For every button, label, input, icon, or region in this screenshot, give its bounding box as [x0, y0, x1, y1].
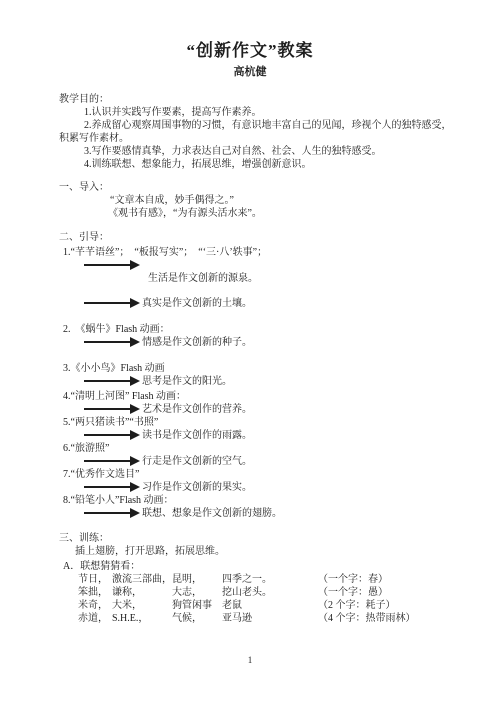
riddle-answer: （4 个字：热带雨林）: [318, 612, 500, 625]
riddle-cell: 亚马逊: [222, 612, 318, 625]
intro-quote: “文章本自成，妙手偶得之。”: [0, 194, 500, 207]
riddle-cell: 老鼠: [222, 599, 318, 612]
guide-heading: 二、引导：: [0, 231, 500, 244]
arrow-line: 习作是作文创新的果实。: [0, 481, 500, 494]
riddle-cell: 气候，: [172, 612, 222, 625]
objective-line: 3.写作要感情真挚，力求表达自己对自然、社会、人生的独特感受。: [0, 145, 500, 158]
riddle-row: 赤道， S.H.E.， 气候， 亚马逊 （4 个字：热带雨林）: [0, 612, 500, 625]
page-number: 1: [0, 655, 500, 666]
objectives-section: 教学目的： 1.认识并实践写作要素，提高写作素养。 2.养成留心观察周围事物的习…: [0, 93, 500, 171]
guide-item-result: 生活是作文创新的源泉。: [0, 272, 500, 285]
riddle-cell: 昆明，: [172, 573, 222, 586]
riddle-answer: （一个字：春）: [318, 573, 500, 586]
objective-line: 积累写作素材。: [0, 132, 500, 145]
riddle-cell: 大米，: [112, 599, 172, 612]
guide-item-result: 习作是作文创新的果实。: [142, 482, 252, 493]
objective-line: 2.养成留心观察周围事物的习惯，有意识地丰富自己的见闻，珍视个人的独特感受，: [0, 119, 500, 132]
guide-item-result: 真实是作文创新的土壤。: [142, 298, 252, 309]
riddle-cell: 赤道，: [78, 612, 112, 625]
objective-line: 1.认识并实践写作要素，提高写作素养。: [0, 106, 500, 119]
document-page: “创新作文”教案 高杭健 教学目的： 1.认识并实践写作要素，提高写作素养。 2…: [0, 0, 500, 707]
guide-item-result: 艺术是作文创作的营养。: [142, 404, 252, 415]
training-section: 三、训练： 插上翅膀，打开思路，拓展思维。 A．联想猜猜看： 节日， 激流三部曲…: [0, 532, 500, 625]
guide-item-label: 6.“旅游照”: [0, 442, 500, 455]
intro-quote: 《观书有感》，“为有源头活水来”。: [0, 207, 500, 220]
intro-heading: 一、导入：: [0, 181, 500, 194]
arrow-icon: [84, 264, 130, 266]
document-title: “创新作文”教案: [0, 40, 500, 62]
arrow-icon: [84, 460, 130, 462]
arrow-line: 读书是作文创作的雨露。: [0, 429, 500, 442]
arrow-line: 联想、想象是作文创新的翅膀。: [0, 507, 500, 520]
guide-item-result: 读书是作文创作的雨露。: [142, 430, 252, 441]
riddle-cell: S.H.E.，: [112, 612, 172, 625]
riddle-cell: 节日，: [78, 573, 112, 586]
riddle-cell: 狗管闲事: [172, 599, 222, 612]
arrow-line: 行走是作文创新的空气。: [0, 455, 500, 468]
arrow-line: 真实是作文创新的土壤。: [0, 297, 500, 310]
guide-item-result: 行走是作文创新的空气。: [142, 456, 252, 467]
guide-item-label: 7.“优秀作文选目”: [0, 468, 500, 481]
riddle-answer: （一个字：愚）: [318, 586, 500, 599]
document-author: 高杭健: [0, 65, 500, 79]
intro-section: 一、导入： “文章本自成，妙手偶得之。” 《观书有感》，“为有源头活水来”。: [0, 181, 500, 220]
arrow-icon: [84, 341, 130, 343]
arrow-line: [0, 259, 500, 272]
riddle-answer: （2 个字：耗子）: [318, 599, 500, 612]
guide-section: 二、引导： 1.“芊芊语丝”； “板报写实”； “‘三·八’轶事”； 生活是作文…: [0, 231, 500, 520]
riddle-cell: 谦称，: [112, 586, 172, 599]
guide-item-result: 情感是作文创新的种子。: [142, 337, 252, 348]
riddle-cell: 笨拙，: [78, 586, 112, 599]
training-subheading: A．联想猜猜看：: [0, 560, 500, 573]
riddle-row: 节日， 激流三部曲， 昆明， 四季之一。 （一个字：春）: [0, 573, 500, 586]
arrow-icon: [84, 302, 130, 304]
arrow-icon: [84, 408, 130, 410]
riddle-cell: 激流三部曲，: [112, 573, 172, 586]
riddle-row: 米奇， 大米， 狗管闲事 老鼠 （2 个字：耗子）: [0, 599, 500, 612]
guide-item-label: 3.《小小鸟》Flash 动画: [0, 362, 500, 375]
guide-item-result: 联想、想象是作文创新的翅膀。: [142, 508, 282, 519]
training-intro: 插上翅膀，打开思路，拓展思维。: [0, 545, 500, 558]
objective-line: 4.训练联想、想象能力，拓展思维，增强创新意识。: [0, 158, 500, 171]
guide-item-result: 思考是作文的阳光。: [142, 376, 232, 387]
arrow-line: 艺术是作文创作的营养。: [0, 403, 500, 416]
arrow-icon: [84, 380, 130, 382]
guide-item-label: 8.“铅笔小人”Flash 动画：: [0, 494, 500, 507]
riddle-cell: 挖山老头。: [222, 586, 318, 599]
riddle-row: 笨拙， 谦称， 大志， 挖山老头。 （一个字：愚）: [0, 586, 500, 599]
guide-item-label: 4.“清明上河图” Flash 动画：: [0, 390, 500, 403]
arrow-icon: [84, 486, 130, 488]
riddle-cell: 大志，: [172, 586, 222, 599]
guide-item-label: 5.“两只猪读书”“书照”: [0, 416, 500, 429]
arrow-line: 思考是作文的阳光。: [0, 375, 500, 388]
guide-item-label: 1.“芊芊语丝”； “板报写实”； “‘三·八’轶事”；: [0, 246, 500, 259]
riddle-cell: 米奇，: [78, 599, 112, 612]
arrow-line: 情感是作文创新的种子。: [0, 336, 500, 349]
arrow-icon: [84, 434, 130, 436]
training-heading: 三、训练：: [0, 532, 500, 545]
guide-item-label: 2. 《蜗牛》Flash 动画：: [0, 323, 500, 336]
objectives-heading: 教学目的：: [0, 93, 500, 106]
arrow-icon: [84, 512, 130, 514]
riddle-cell: 四季之一。: [222, 573, 318, 586]
